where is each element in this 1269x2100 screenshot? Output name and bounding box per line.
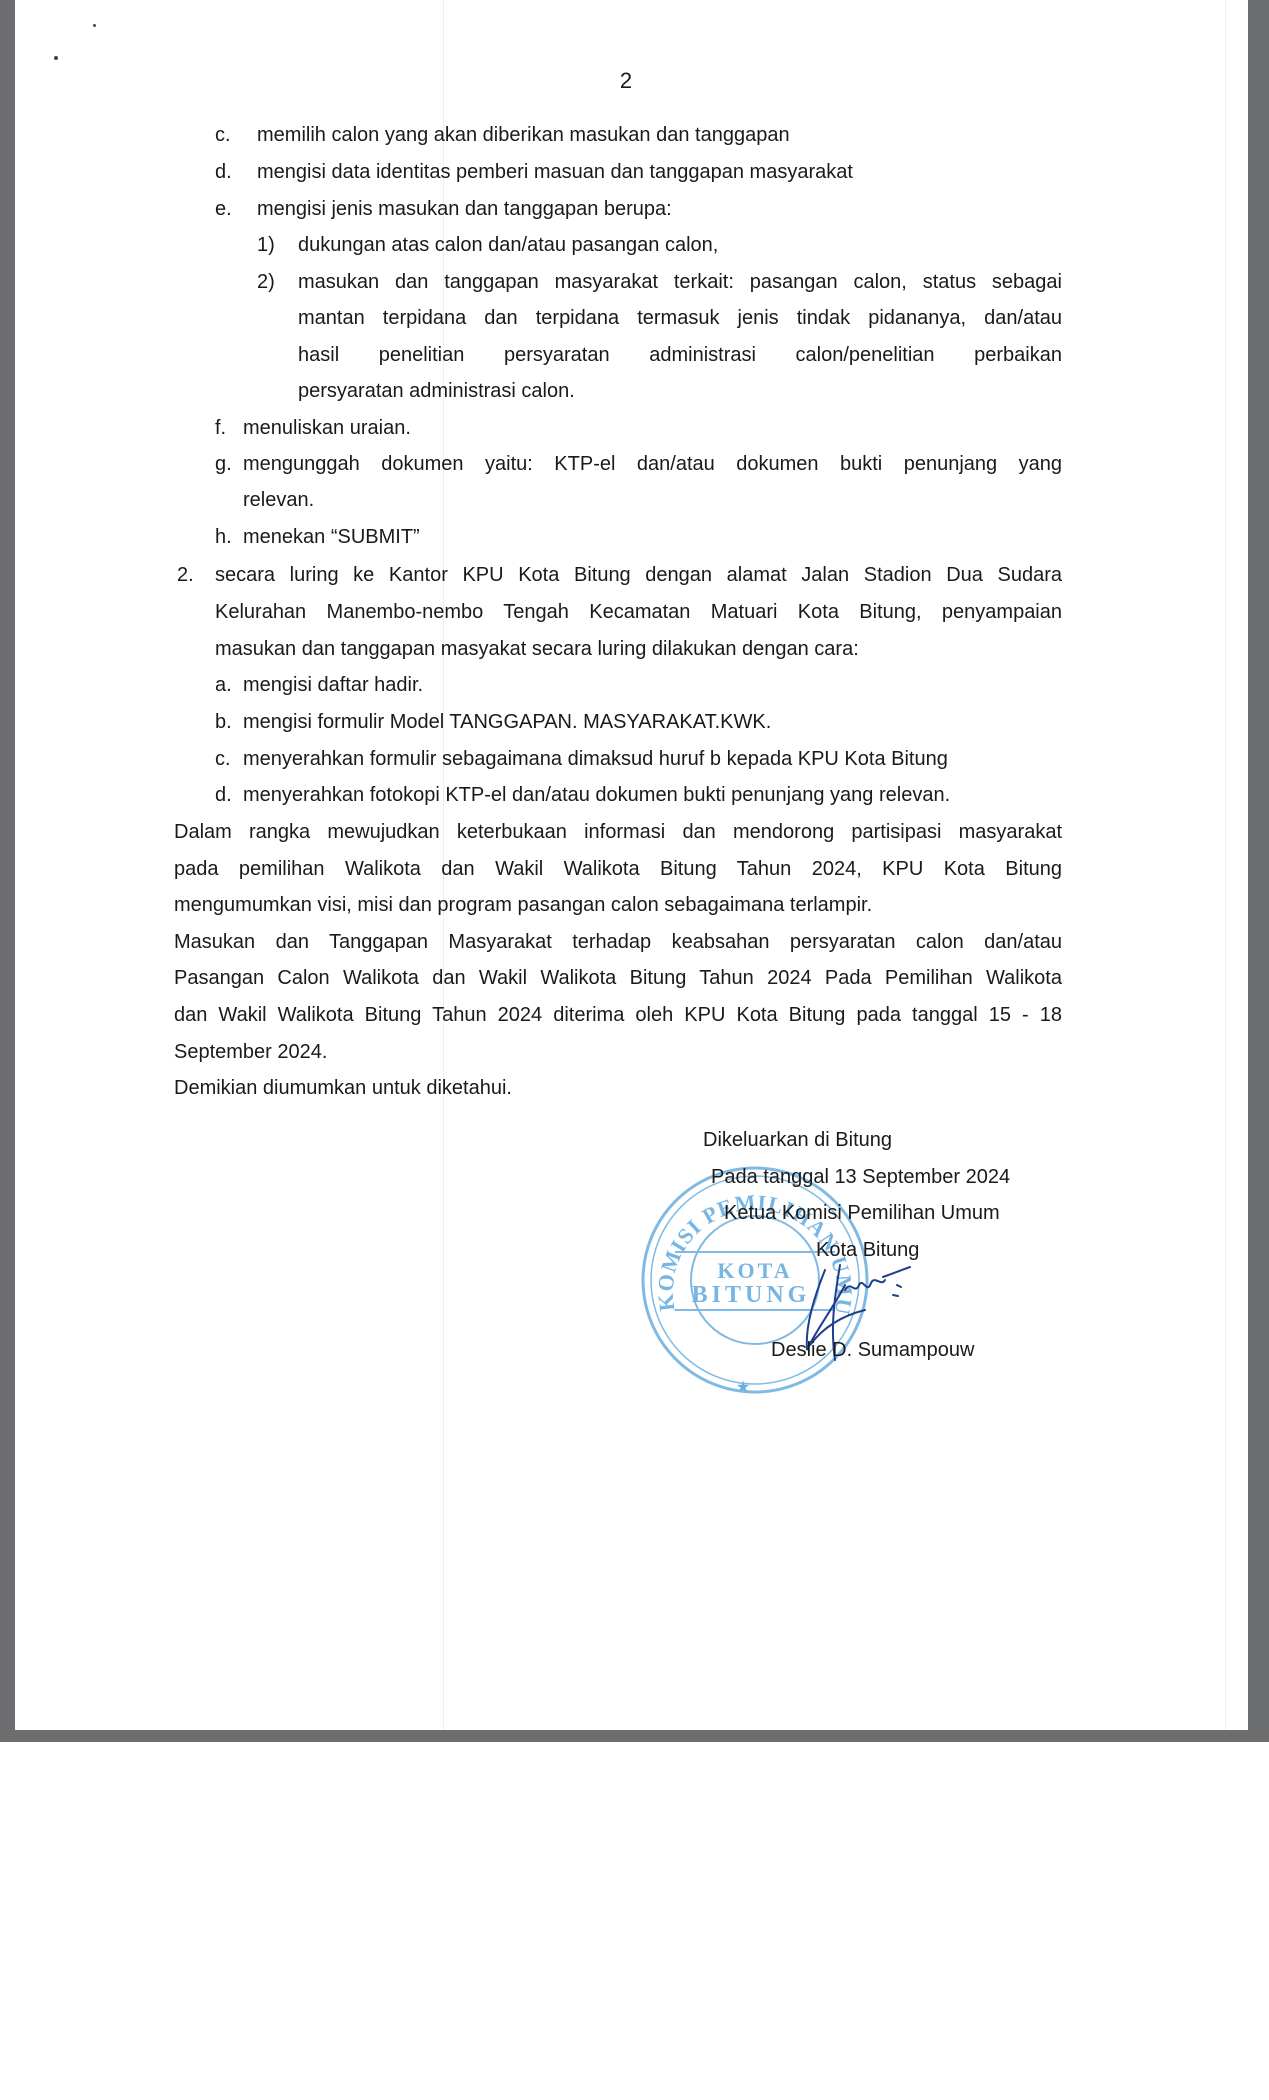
signatory-name: Deslie D. Sumampouw (771, 1338, 974, 1362)
paragraph-line: Pasangan Calon Walikota dan Wakil Waliko… (174, 966, 1062, 990)
sublist-item: dukungan atas calon dan/atau pasangan ca… (298, 233, 718, 257)
list-marker: d. (215, 160, 232, 184)
list-item: mengisi jenis masukan dan tanggapan beru… (257, 197, 672, 221)
list-marker: a. (215, 673, 232, 697)
list-marker: h. (215, 525, 232, 549)
page-edge-line (1225, 0, 1226, 1730)
list-marker: e. (215, 197, 232, 221)
point2-line: Kelurahan Manembo-nembo Tengah Kecamatan… (215, 600, 1062, 624)
sublist-item-line: mantan terpidana dan terpidana termasuk … (298, 306, 1062, 330)
page-number: 2 (15, 68, 1237, 94)
sublist-item-line: persyaratan administrasi calon. (298, 379, 575, 403)
sublist-marker: 1) (257, 233, 275, 257)
point2-line: masukan dan tanggapan masyakat secara lu… (215, 637, 859, 661)
list-item: memilih calon yang akan diberikan masuka… (257, 123, 790, 147)
list-marker: f. (215, 416, 226, 440)
list-item: mengunggah dokumen yaitu: KTP-el dan/ata… (243, 452, 1062, 476)
list-item: menekan “SUBMIT” (243, 525, 420, 549)
list-item: mengisi formulir Model TANGGAPAN. MASYAR… (243, 710, 771, 734)
sublist-marker: 2) (257, 270, 275, 294)
paragraph-line: Masukan dan Tanggapan Masyarakat terhada… (174, 930, 1062, 954)
list-marker: c. (215, 123, 231, 147)
list-item: menuliskan uraian. (243, 416, 411, 440)
list-item: menyerahkan formulir sebagaimana dimaksu… (243, 747, 948, 771)
list-item: mengisi data identitas pemberi masuan da… (257, 160, 853, 184)
list-marker: 2. (177, 563, 194, 587)
paragraph-line: September 2024. (174, 1040, 327, 1064)
list-marker: d. (215, 783, 232, 807)
paragraph-line: dan Wakil Walikota Bitung Tahun 2024 dit… (174, 1003, 1062, 1027)
stamp-star-icon: ★ (736, 1379, 750, 1396)
document-page: 2 c. memilih calon yang akan diberikan m… (15, 0, 1248, 1730)
stamp-center-line1: KOTA (717, 1258, 792, 1283)
issued-place: Dikeluarkan di Bitung (703, 1128, 892, 1152)
point2-line: secara luring ke Kantor KPU Kota Bitung … (215, 563, 1062, 587)
scan-speck (54, 56, 58, 60)
list-marker: b. (215, 710, 232, 734)
issued-date: Pada tanggal 13 September 2024 (711, 1165, 1010, 1189)
closing-sentence: Demikian diumumkan untuk diketahui. (174, 1076, 512, 1100)
paragraph-line: mengumumkan visi, misi dan program pasan… (174, 893, 872, 917)
scan-speck (93, 24, 96, 27)
paragraph-line: pada pemilihan Walikota dan Wakil Waliko… (174, 857, 1062, 881)
list-marker: c. (215, 747, 231, 771)
sublist-item-line: hasil penelitian persyaratan administras… (298, 343, 1062, 367)
list-item: menyerahkan fotokopi KTP-el dan/atau dok… (243, 783, 950, 807)
list-item: mengisi daftar hadir. (243, 673, 423, 697)
sublist-item-line: masukan dan tanggapan masyarakat terkait… (298, 270, 1062, 294)
signatory-title: Ketua Komisi Pemilihan Umum (724, 1201, 1000, 1225)
list-marker: g. (215, 452, 232, 476)
list-item-cont: relevan. (243, 488, 314, 512)
paragraph-line: Dalam rangka mewujudkan keterbukaan info… (174, 820, 1062, 844)
